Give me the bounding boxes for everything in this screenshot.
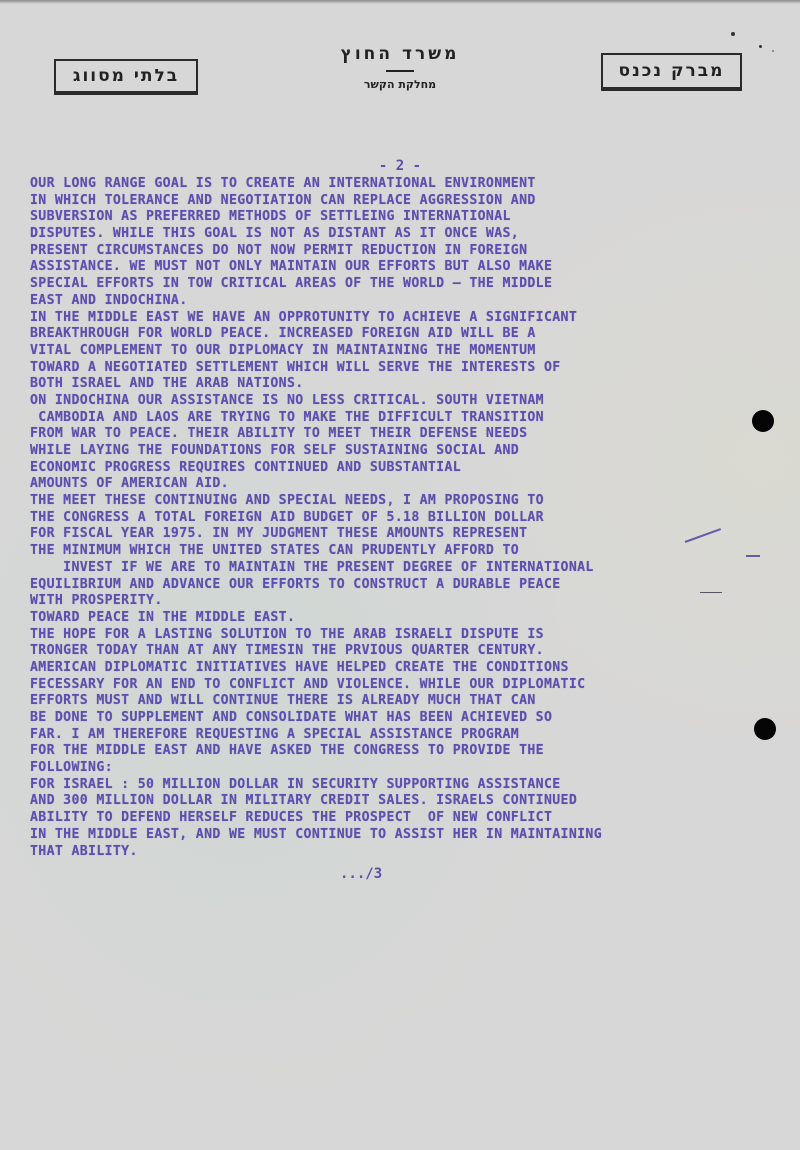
body-line: SPECIAL EFFORTS IN TOW CRITICAL AREAS OF… — [30, 276, 750, 293]
body-line: THE CONGRESS A TOTAL FOREIGN AID BUDGET … — [30, 510, 750, 527]
body-line: ABILITY TO DEFEND HERSELF REDUCES THE PR… — [30, 810, 750, 827]
body-line: THAT ABILITY. — [30, 844, 750, 861]
body-line: INVEST IF WE ARE TO MAINTAIN THE PRESENT… — [30, 560, 750, 577]
pen-mark — [700, 592, 722, 593]
body-line: FOLLOWING: — [30, 760, 750, 777]
body-line: PRESENT CIRCUMSTANCES DO NOT NOW PERMIT … — [30, 243, 750, 260]
punch-hole — [752, 410, 774, 432]
body-line: FECESSARY FOR AN END TO CONFLICT AND VIO… — [30, 677, 750, 694]
classification-label: בלתי מסווג — [73, 66, 179, 86]
body-line: THE HOPE FOR A LASTING SOLUTION TO THE A… — [30, 627, 750, 644]
body-line: FOR FISCAL YEAR 1975. IN MY JUDGMENT THE… — [30, 526, 750, 543]
body-line: DISPUTES. WHILE THIS GOAL IS NOT AS DIST… — [30, 226, 750, 243]
ministry-title: משרד החוץ — [320, 44, 480, 64]
department-subtitle: מחלקת הקשר — [320, 78, 480, 92]
punch-hole — [754, 718, 776, 740]
body-line: EAST AND INDOCHINA. — [30, 293, 750, 310]
body-line: FOR THE MIDDLE EAST AND HAVE ASKED THE C… — [30, 743, 750, 760]
continuation-marker: .../3 — [340, 866, 382, 882]
body-line: IN THE MIDDLE EAST WE HAVE AN OPPROTUNIT… — [30, 310, 750, 327]
ministry-header: משרד החוץ מחלקת הקשר — [320, 44, 480, 92]
ink-speck — [772, 50, 774, 52]
body-line: TOWARD PEACE IN THE MIDDLE EAST. — [30, 610, 750, 627]
body-line: ON INDOCHINA OUR ASSISTANCE IS NO LESS C… — [30, 393, 750, 410]
body-line: IN THE MIDDLE EAST, AND WE MUST CONTINUE… — [30, 827, 750, 844]
telegram-type-box: מברק נכנס — [601, 53, 742, 89]
body-line: OUR LONG RANGE GOAL IS TO CREATE AN INTE… — [30, 176, 750, 193]
body-line: TRONGER TODAY THAN AT ANY TIMESIN THE PR… — [30, 643, 750, 660]
classification-box: בלתי מסווג — [54, 59, 198, 93]
body-line: SUBVERSION AS PREFERRED METHODS OF SETTL… — [30, 209, 750, 226]
body-line: WHILE LAYING THE FOUNDATIONS FOR SELF SU… — [30, 443, 750, 460]
body-line: FAR. I AM THEREFORE REQUESTING A SPECIAL… — [30, 727, 750, 744]
body-line: BE DONE TO SUPPLEMENT AND CONSOLIDATE WH… — [30, 710, 750, 727]
telegram-page: בלתי מסווג משרד החוץ מחלקת הקשר מברק נכנ… — [0, 0, 800, 1150]
body-line: TOWARD A NEGOTIATED SETTLEMENT WHICH WIL… — [30, 360, 750, 377]
body-line: EQUILIBRIUM AND ADVANCE OUR EFFORTS TO C… — [30, 577, 750, 594]
body-line: AMOUNTS OF AMERICAN AID. — [30, 476, 750, 493]
body-line: EFFORTS MUST AND WILL CONTINUE THERE IS … — [30, 693, 750, 710]
telegram-body: OUR LONG RANGE GOAL IS TO CREATE AN INTE… — [30, 176, 750, 860]
body-line: BREAKTHROUGH FOR WORLD PEACE. INCREASED … — [30, 326, 750, 343]
body-line: WITH PROSPERITY. — [30, 593, 750, 610]
ink-speck — [759, 45, 762, 48]
body-line: THE MINIMUM WHICH THE UNITED STATES CAN … — [30, 543, 750, 560]
body-line: ECONOMIC PROGRESS REQUIRES CONTINUED AND… — [30, 460, 750, 477]
body-line: IN WHICH TOLERANCE AND NEGOTIATION CAN R… — [30, 193, 750, 210]
header-divider — [386, 70, 414, 72]
body-line: FROM WAR TO PEACE. THEIR ABILITY TO MEET… — [30, 426, 750, 443]
body-line: CAMBODIA AND LAOS ARE TRYING TO MAKE THE… — [30, 410, 750, 427]
page-number: - 2 - — [320, 158, 480, 174]
body-line: FOR ISRAEL : 50 MILLION DOLLAR IN SECURI… — [30, 777, 750, 794]
ink-speck — [731, 32, 735, 36]
body-line: AMERICAN DIPLOMATIC INITIATIVES HAVE HEL… — [30, 660, 750, 677]
body-line: THE MEET THESE CONTINUING AND SPECIAL NE… — [30, 493, 750, 510]
body-line: ASSISTANCE. WE MUST NOT ONLY MAINTAIN OU… — [30, 259, 750, 276]
telegram-type-label: מברק נכנס — [619, 61, 725, 81]
body-line: AND 300 MILLION DOLLAR IN MILITARY CREDI… — [30, 793, 750, 810]
body-line: VITAL COMPLEMENT TO OUR DIPLOMACY IN MAI… — [30, 343, 750, 360]
body-line: BOTH ISRAEL AND THE ARAB NATIONS. — [30, 376, 750, 393]
pen-mark — [746, 555, 760, 557]
